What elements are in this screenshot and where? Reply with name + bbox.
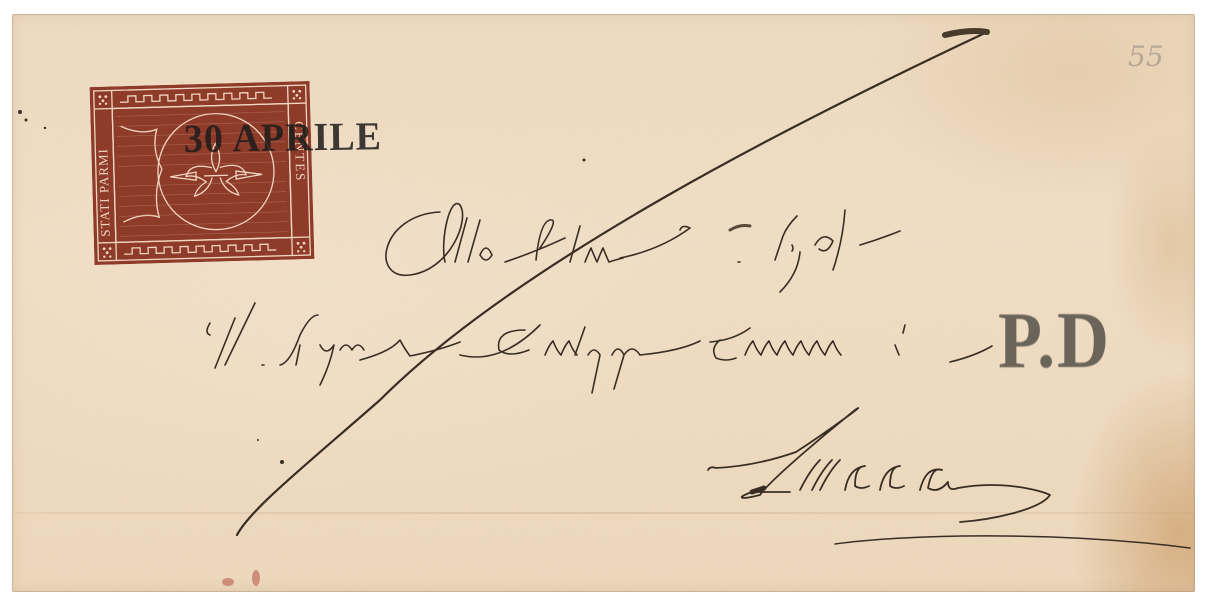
- diagonal-ink-stroke: [237, 33, 985, 535]
- address-line-3: [708, 408, 1190, 548]
- address-line-2: [207, 303, 992, 393]
- address-line-1: [386, 204, 900, 292]
- handwriting-ink: [0, 0, 1205, 600]
